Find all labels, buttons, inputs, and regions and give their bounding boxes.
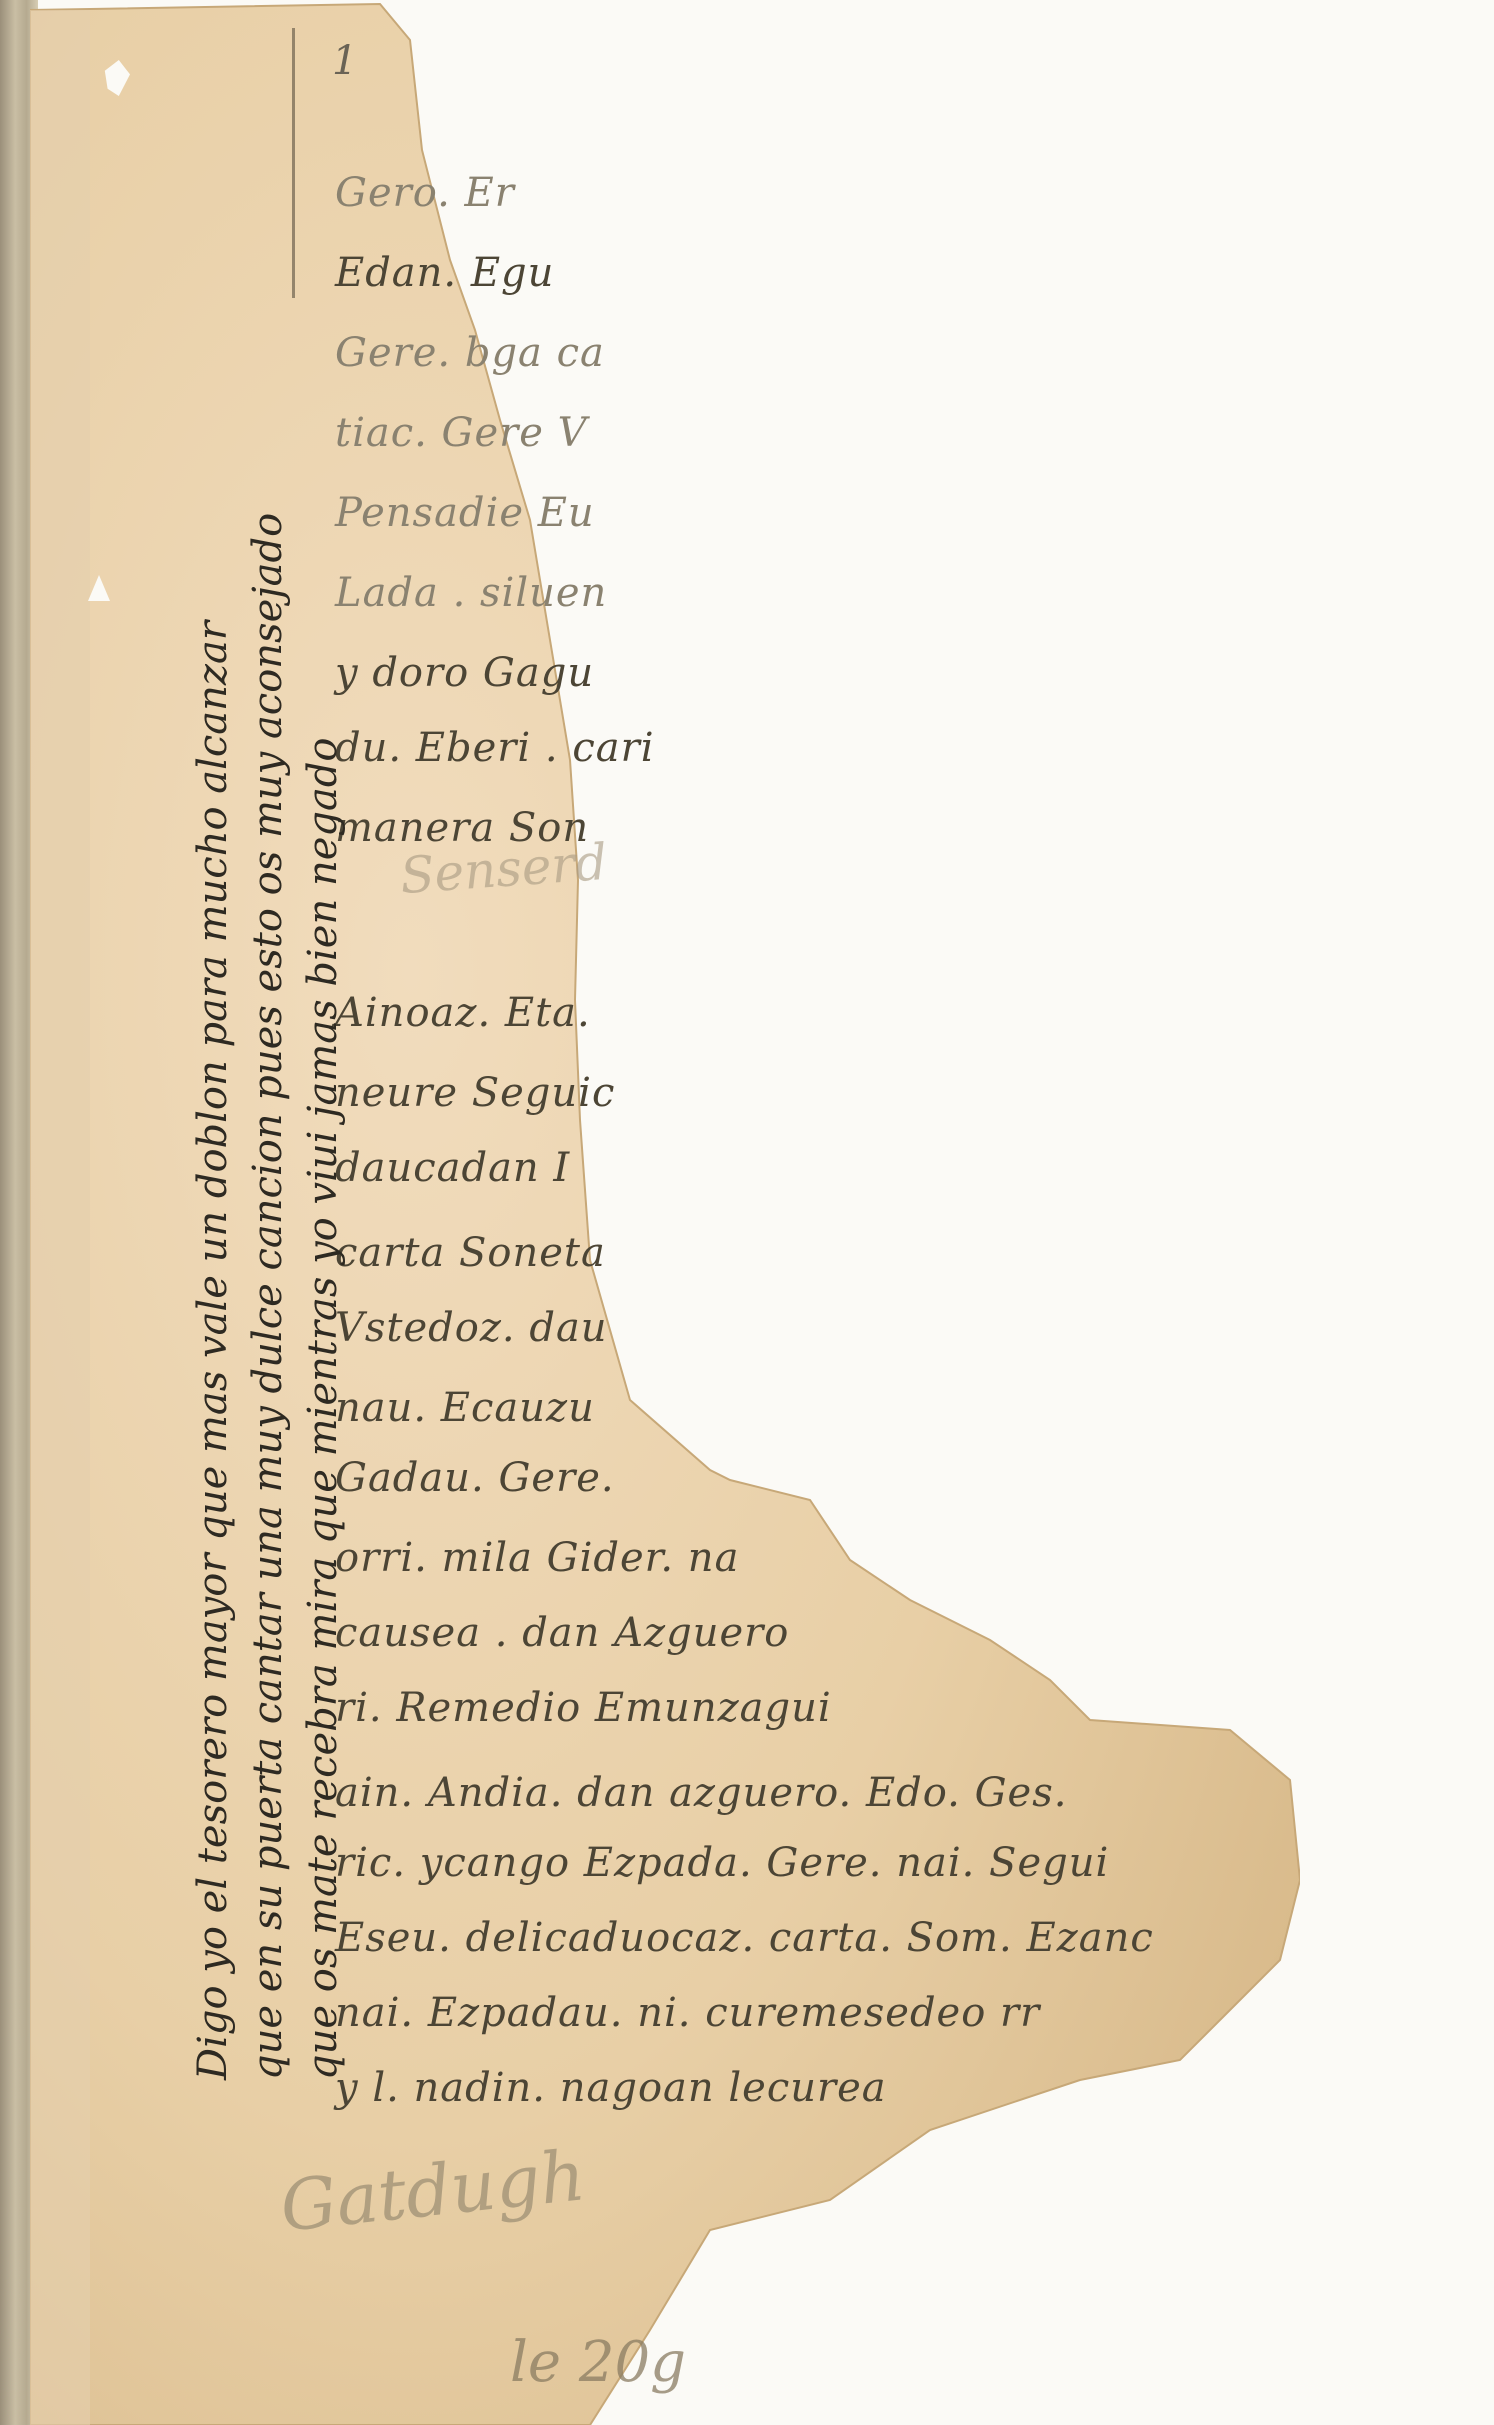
text-line: Pensadie Eu <box>335 490 595 536</box>
text-line: Gere. bga ca <box>335 330 605 376</box>
text-line: tiac. Gere V <box>335 410 588 456</box>
text-line: ric. ycango Ezpada. Gere. nai. Segui <box>335 1840 1109 1886</box>
text-line: ri. Remedio Emunzagui <box>335 1685 832 1731</box>
text-line: Gadau. Gere. <box>335 1455 615 1501</box>
text-line: causea . dan Azguero <box>335 1610 789 1656</box>
margin-note-line: que os mate recebra mira que mientras yo… <box>300 737 346 2080</box>
text-line: Eseu. delicaduocaz. carta. Som. Ezanc <box>335 1915 1154 1961</box>
text-line: Lada . siluen <box>335 570 607 616</box>
text-line: daucadan I <box>335 1145 570 1191</box>
text-line: y doro Gagu <box>335 650 594 696</box>
manuscript-sheet: 1 Gero. Er Edan. Egu Gere. bga ca tiac. … <box>30 0 1300 2425</box>
text-line: y l. nadin. nagoan lecurea <box>335 2065 887 2111</box>
margin-note-line: que en su puerta cantar una muy dulce ca… <box>245 513 291 2080</box>
margin-rule-line <box>292 28 295 298</box>
text-line: neure Seguic <box>335 1070 615 1116</box>
text-line: Edan. Egu <box>335 250 554 296</box>
margin-note-line: Digo yo el tesorero mayor que mas vale u… <box>190 621 236 2080</box>
text-line: nai. Ezpadau. ni. curemesedeo rr <box>335 1990 1040 2036</box>
faded-signature-line2: le 20g <box>510 2330 686 2395</box>
text-line: ain. Andia. dan azguero. Edo. Ges. <box>335 1770 1067 1816</box>
text-line: Gero. Er <box>335 170 515 216</box>
text-line: Vstedoz. dau <box>335 1305 608 1351</box>
text-line: carta Soneta <box>335 1230 606 1276</box>
text-line: nau. Ecauzu <box>335 1385 595 1431</box>
folio-number: 1 <box>332 38 357 84</box>
text-line: Ainoaz. Eta. <box>335 990 591 1036</box>
text-line: du. Eberi . cari <box>335 725 655 771</box>
text-line: orri. mila Gider. na <box>335 1535 739 1581</box>
